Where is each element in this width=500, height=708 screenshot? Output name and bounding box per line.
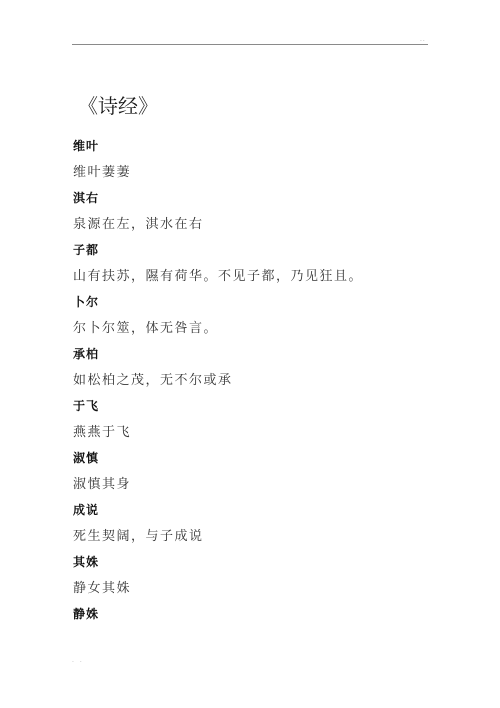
entry-qiyou: 淇右 泉源在左，淇水在右 [73,186,433,238]
entry-line: 山有扶苏，隰有荷华。不见子都，乃见狂且。 [73,264,433,290]
entry-chengshuo: 成说 死生契阔，与子成说 [73,498,433,550]
entry-term: 卜尔 [73,290,433,316]
entry-line: 尔卜尔筮，体无咎言。 [73,316,433,342]
entry-buer: 卜尔 尔卜尔筮，体无咎言。 [73,290,433,342]
entry-term: 承柏 [73,342,433,368]
entry-chengbai: 承柏 如松柏之茂，无不尔或承 [73,342,433,394]
entry-line: 死生契阔，与子成说 [73,524,433,550]
footer-mark: . . [72,657,84,664]
entry-jingshu: 静姝 [73,602,433,628]
entry-shushen: 淑慎 淑慎其身 [73,446,433,498]
entry-term: 淇右 [73,186,433,212]
entry-term: 静姝 [73,602,433,628]
entry-term: 成说 [73,498,433,524]
entry-term: 维叶 [73,134,433,160]
entry-line: 燕燕于飞 [73,420,433,446]
entry-qishu: 其姝 静女其姝 [73,550,433,602]
entry-weiye: 维叶 维叶萋萋 [73,134,433,186]
entry-line: 泉源在左，淇水在右 [73,212,433,238]
entry-list: 维叶 维叶萋萋 淇右 泉源在左，淇水在右 子都 山有扶苏，隰有荷华。不见子都，乃… [73,134,433,628]
entry-term: 子都 [73,238,433,264]
entry-yufei: 于飞 燕燕于飞 [73,394,433,446]
entry-line: 静女其姝 [73,576,433,602]
entry-line: 淑慎其身 [73,472,433,498]
header-rule [72,44,428,45]
entry-term: 于飞 [73,394,433,420]
header-mark: .. [420,36,426,43]
entry-term: 其姝 [73,550,433,576]
entry-term: 淑慎 [73,446,433,472]
entry-line: 如松柏之茂，无不尔或承 [73,368,433,394]
entry-line: 维叶萋萋 [73,160,433,186]
document-title: 《诗经》 [78,90,158,119]
entry-zidu: 子都 山有扶苏，隰有荷华。不见子都，乃见狂且。 [73,238,433,290]
